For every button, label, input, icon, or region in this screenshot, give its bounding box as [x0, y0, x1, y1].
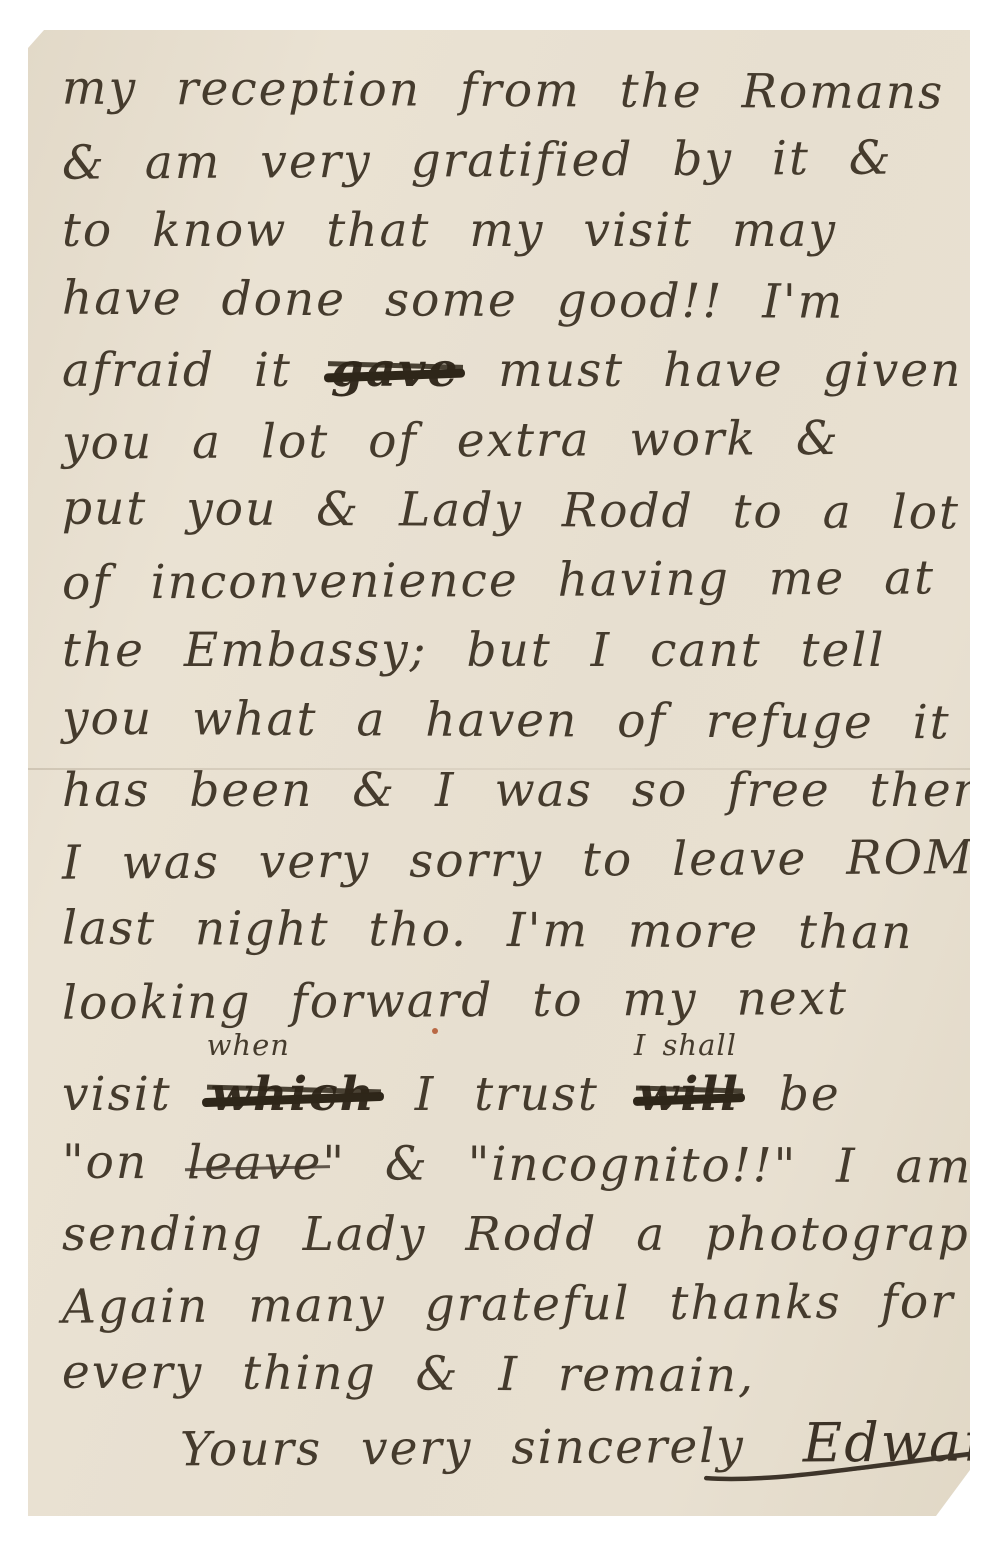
text-segment: " & "incognito!!" I am — [322, 1136, 972, 1194]
text-segment: you what a haven of refuge it — [62, 691, 951, 751]
text-segment: Yours very sincerely — [180, 1419, 745, 1477]
handwritten-line: you what a haven of refuge it — [62, 684, 952, 759]
text-segment: must have given — [459, 343, 962, 398]
text-segment: has been & I was so free there!! — [62, 763, 1000, 818]
handwritten-line: I was very sorry to leave ROME — [62, 823, 952, 898]
handwritten-line: have done some good!! I'm — [62, 264, 952, 339]
text-segment: put you & Lady Rodd to a lot — [62, 481, 960, 541]
handwritten-line: has been & I was so free there!! — [62, 756, 952, 826]
text-segment: I trust — [376, 1067, 638, 1122]
text-segment: afraid it — [62, 343, 331, 398]
signature-block: Edward. — [803, 1407, 1000, 1481]
letter-lines: my reception from the Romans& am very gr… — [62, 56, 952, 1480]
correction-group: whenwhich — [211, 1067, 376, 1122]
text-segment: to know that my visit may — [62, 203, 837, 258]
handwritten-line: last night tho. I'm more than — [62, 894, 952, 969]
text-segment: I was very sorry to leave ROME — [62, 830, 1000, 891]
signoff-line: Yours very sincerelyEdward. — [180, 1408, 952, 1483]
handwritten-line: of inconvenience having me at — [62, 543, 952, 618]
text-segment: will — [638, 1067, 740, 1122]
handwritten-line: my reception from the Romans — [62, 54, 952, 129]
handwritten-line: you a lot of extra work & — [62, 403, 952, 478]
text-segment: the Embassy; but I cant tell — [62, 623, 885, 678]
text-segment: my reception from the Romans — [62, 61, 945, 121]
text-segment: be — [740, 1067, 841, 1122]
handwritten-line: the Embassy; but I cant tell — [62, 616, 952, 686]
handwritten-line: to know that my visit may — [62, 196, 952, 266]
text-segment: leave — [187, 1135, 323, 1191]
handwritten-line: "on leave" & "incognito!!" I am — [62, 1128, 952, 1203]
handwritten-line: Again many grateful thanks for — [62, 1267, 952, 1342]
text-segment: of inconvenience having me at — [62, 550, 935, 610]
inserted-word: when — [207, 1031, 290, 1060]
handwritten-line: put you & Lady Rodd to a lot — [62, 474, 952, 549]
text-segment: "on — [62, 1135, 187, 1191]
text-segment: visit — [62, 1067, 211, 1122]
text-segment: you a lot of extra work & — [62, 411, 840, 471]
correction-group: I shallwill — [638, 1067, 740, 1122]
handwritten-line: afraid it gave must have given — [62, 336, 952, 406]
handwritten-line: & am very gratified by it & — [62, 123, 952, 198]
letter-page: my reception from the Romans& am very gr… — [28, 30, 970, 1516]
text-segment: sending Lady Rodd a photograph. — [62, 1207, 1000, 1262]
text-segment: last night tho. I'm more than — [62, 901, 914, 960]
text-segment: which — [211, 1067, 376, 1122]
text-segment: gave — [331, 343, 460, 398]
text-segment: Again many grateful thanks for — [62, 1274, 955, 1334]
handwritten-line: visit whenwhich I trust I shallwill be — [62, 1060, 952, 1130]
handwritten-line: every thing & I remain, — [62, 1338, 952, 1413]
text-segment: looking forward to my next — [62, 971, 848, 1031]
text-segment: have done some good!! I'm — [62, 271, 845, 330]
text-segment: every thing & I remain, — [62, 1345, 755, 1404]
handwritten-line: sending Lady Rodd a photograph. — [62, 1200, 952, 1270]
handwritten-line: looking forward to my next — [62, 963, 952, 1038]
inserted-word: I shall — [634, 1031, 737, 1060]
text-segment: & am very gratified by it & — [62, 131, 893, 191]
signature-edward: Edward. — [803, 1410, 1000, 1474]
